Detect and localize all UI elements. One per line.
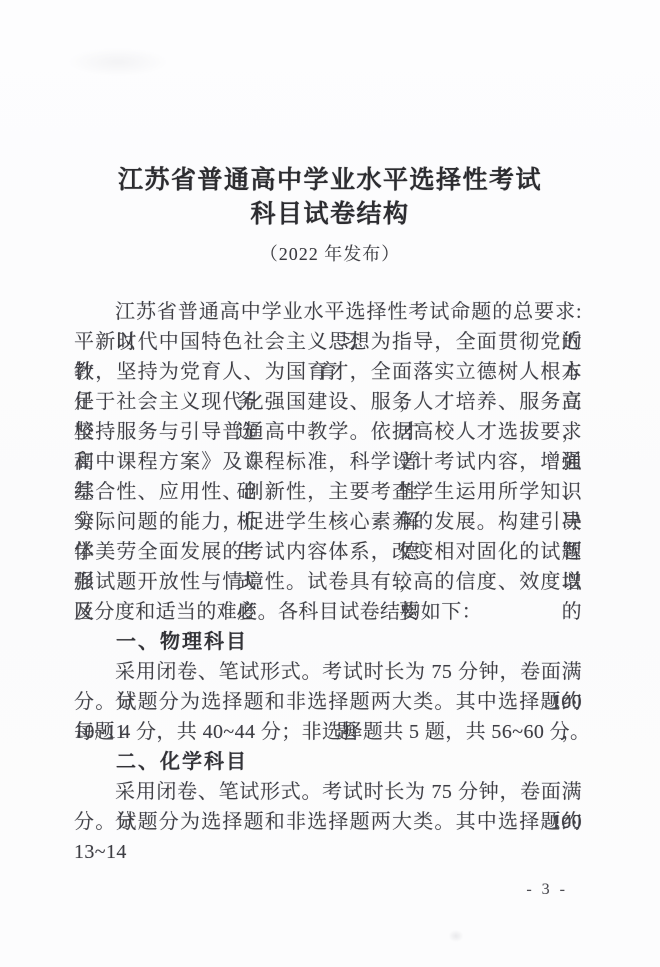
paragraph-line: 采用闭卷、笔试形式。考试时长为 75 分钟，卷面满分 100: [74, 777, 582, 807]
paragraph-line: 每题 4 分，共 40~44 分；非选择题共 5 题，共 56~60 分。: [74, 717, 582, 747]
paragraph-line: 分。试题分为选择题和非选择题两大类。其中选择题约 13~14: [74, 807, 582, 837]
paragraph-line: 体美劳全面发展的考试内容体系，改变相对固化的试题形式，增: [74, 537, 582, 567]
document-subtitle: （2022 年发布）: [0, 242, 660, 266]
paragraph-line: 高中课程方案》及课程标准，科学设计考试内容，增强基础性、: [74, 447, 582, 477]
paragraph-line: 实际问题的能力，促进学生核心素养的发展。构建引导学生德智: [74, 507, 582, 537]
paragraph-line: 平新时代中国特色社会主义思想为指导，全面贯彻党的教育方: [74, 327, 582, 357]
paragraph-line: 分。试题分为选择题和非选择题两大类。其中选择题约 10~11 题，: [74, 687, 582, 717]
scanned-document-page: 江苏省普通高中学业水平选择性考试 科目试卷结构 （2022 年发布） 江苏省普通…: [0, 0, 660, 967]
paragraph-line: 采用闭卷、笔试形式。考试时长为 75 分钟，卷面满分 100: [74, 657, 582, 687]
section-heading: 二、化学科目: [74, 747, 582, 777]
paragraph-line: 针，坚持为党育人、为国育才，全面落实立德树人根本任务，立: [74, 357, 582, 387]
paragraph-line: 坚持服务与引导普通高中教学。依据高校人才选拔要求和《普通: [74, 417, 582, 447]
paragraph-line: 足于社会主义现代化强国建设、服务人才培养、服务高校选才，: [74, 387, 582, 417]
document-title-line-1: 江苏省普通高中学业水平选择性考试: [0, 164, 660, 198]
paragraph-line: 强试题开放性与情境性。试卷具有较高的信度、效度以及必要的: [74, 567, 582, 597]
document-body: 江苏省普通高中学业水平选择性考试命题的总要求: 以习近平新时代中国特色社会主义思…: [74, 297, 582, 837]
document-title-block: 江苏省普通高中学业水平选择性考试 科目试卷结构 （2022 年发布）: [0, 164, 660, 266]
paragraph-line: 江苏省普通高中学业水平选择性考试命题的总要求: 以习近: [74, 297, 582, 327]
page-number: - 3 -: [526, 879, 568, 901]
paragraph-line: 综合性、应用性、创新性，主要考查学生运用所学知识分析解决: [74, 477, 582, 507]
section-heading: 一、物理科目: [74, 627, 582, 657]
document-title-line-2: 科目试卷结构: [0, 198, 660, 232]
